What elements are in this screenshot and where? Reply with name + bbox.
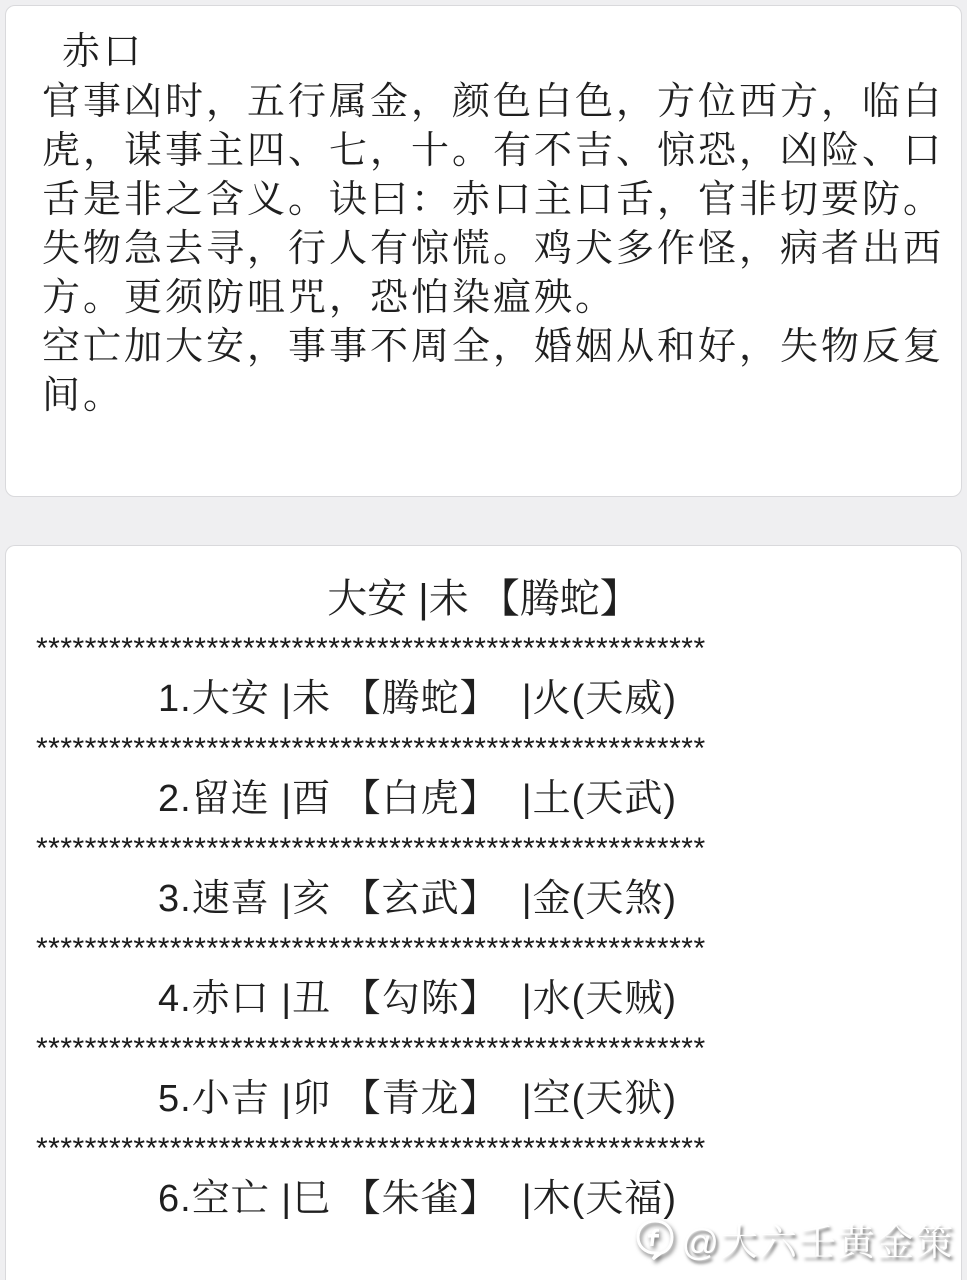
asterisk-separator: ****************************************… [6, 924, 961, 974]
asterisk-separator: ****************************************… [6, 1024, 961, 1074]
palace-row-3: 3.速喜 |亥 【玄武】 |金(天煞) [6, 874, 961, 924]
asterisk-separator: ****************************************… [6, 824, 961, 874]
watermark: @大六壬黄金策 [635, 1212, 955, 1266]
palace-row-1: 1.大安 |未 【腾蛇】 |火(天威) [6, 674, 961, 724]
article-paragraph-2: 空亡加大安，事事不周全，婚姻从和好，失物反复间。 [42, 323, 944, 421]
toutiao-bubble-icon [635, 1218, 675, 1260]
palace-list-header: 大安 |未 【腾蛇】 [6, 574, 961, 624]
article-title: 赤口 [42, 26, 935, 78]
palace-row-5: 5.小吉 |卯 【青龙】 |空(天狱) [6, 1074, 961, 1124]
watermark-handle: @大六壬黄金策 [681, 1212, 955, 1266]
article-body: 官事凶时，五行属金，颜色白色，方位西方，临白虎，谋事主四、七，十。有不吉、惊恐，… [42, 78, 935, 421]
article-card: 赤口 官事凶时，五行属金，颜色白色，方位西方，临白虎，谋事主四、七，十。有不吉、… [5, 5, 962, 497]
asterisk-separator: ****************************************… [6, 624, 961, 674]
palace-row-2: 2.留连 |酉 【白虎】 |土(天武) [6, 774, 961, 824]
palace-list-card: 大安 |未 【腾蛇】 *****************************… [5, 545, 962, 1280]
asterisk-separator: ****************************************… [6, 1124, 961, 1174]
palace-row-4: 4.赤口 |丑 【勾陈】 |水(天贼) [6, 974, 961, 1024]
asterisk-separator: ****************************************… [6, 724, 961, 774]
article-paragraph-1: 官事凶时，五行属金，颜色白色，方位西方，临白虎，谋事主四、七，十。有不吉、惊恐，… [42, 78, 944, 323]
page: 赤口 官事凶时，五行属金，颜色白色，方位西方，临白虎，谋事主四、七，十。有不吉、… [0, 0, 967, 1280]
